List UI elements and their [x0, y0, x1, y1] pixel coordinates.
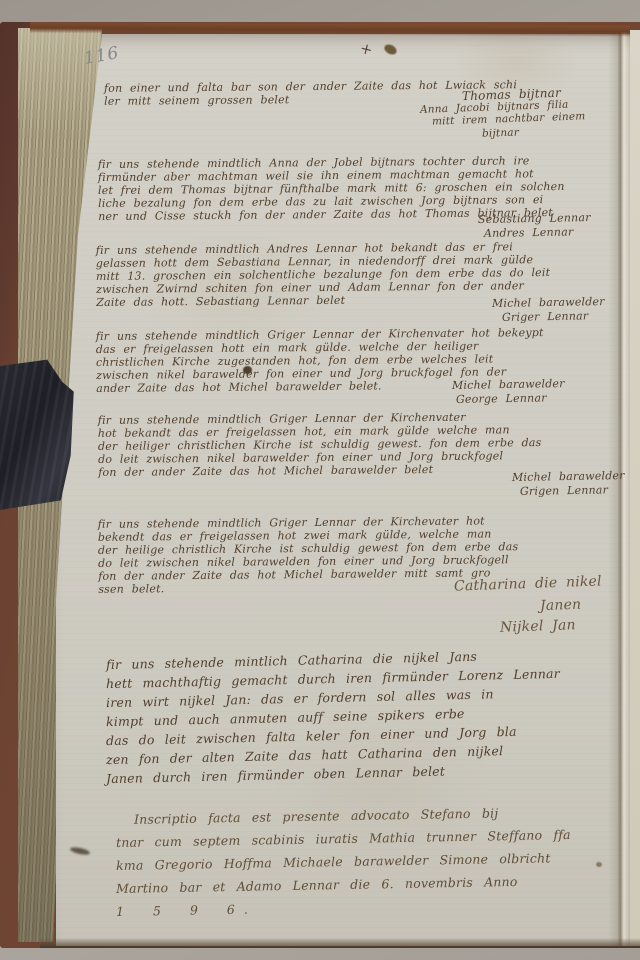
adjacent-page — [630, 30, 640, 946]
entry-paragraph: fir uns stehende mindtlich Griger Lennar… — [98, 410, 542, 479]
signature-line: Andres Lennar — [484, 225, 591, 241]
signature-block: Michel barawelder George Lennar — [452, 378, 565, 406]
latin-inscription: Inscriptio facta est presente advocato S… — [116, 804, 571, 919]
signature-block: Michel barawelder Grigen Lennar — [512, 470, 625, 498]
bottom-page-shadow — [40, 938, 640, 948]
signature-block: Sebastiang Lennar Andres Lennar — [478, 212, 591, 240]
manuscript-photo: 116 + fon einer und falta bar son der an… — [0, 0, 640, 960]
signature-line: Grigen Lennar — [520, 483, 625, 499]
signature-block: Catharina die nikel Janen Nijkel Jan — [442, 574, 602, 637]
entry-paragraph: fir uns stehende mindtlich Andres Lennar… — [96, 240, 551, 309]
signature-line: George Lennar — [456, 391, 565, 407]
signature-block: Michel barawelder Griger Lennar — [492, 296, 605, 324]
witness-line: bijtnar — [482, 124, 586, 140]
foxing-spot — [596, 862, 602, 867]
signature-line: Catharina die nikel — [454, 571, 602, 597]
signature-line: Griger Lennar — [502, 309, 605, 325]
signature-line: Nijkel Jan — [500, 614, 602, 639]
witness-block: Thomas bijtnar Anna Jacobi bijtnars fili… — [420, 88, 586, 138]
entry-paragraph: fir uns stehende mintlich Catharina die … — [106, 650, 560, 783]
